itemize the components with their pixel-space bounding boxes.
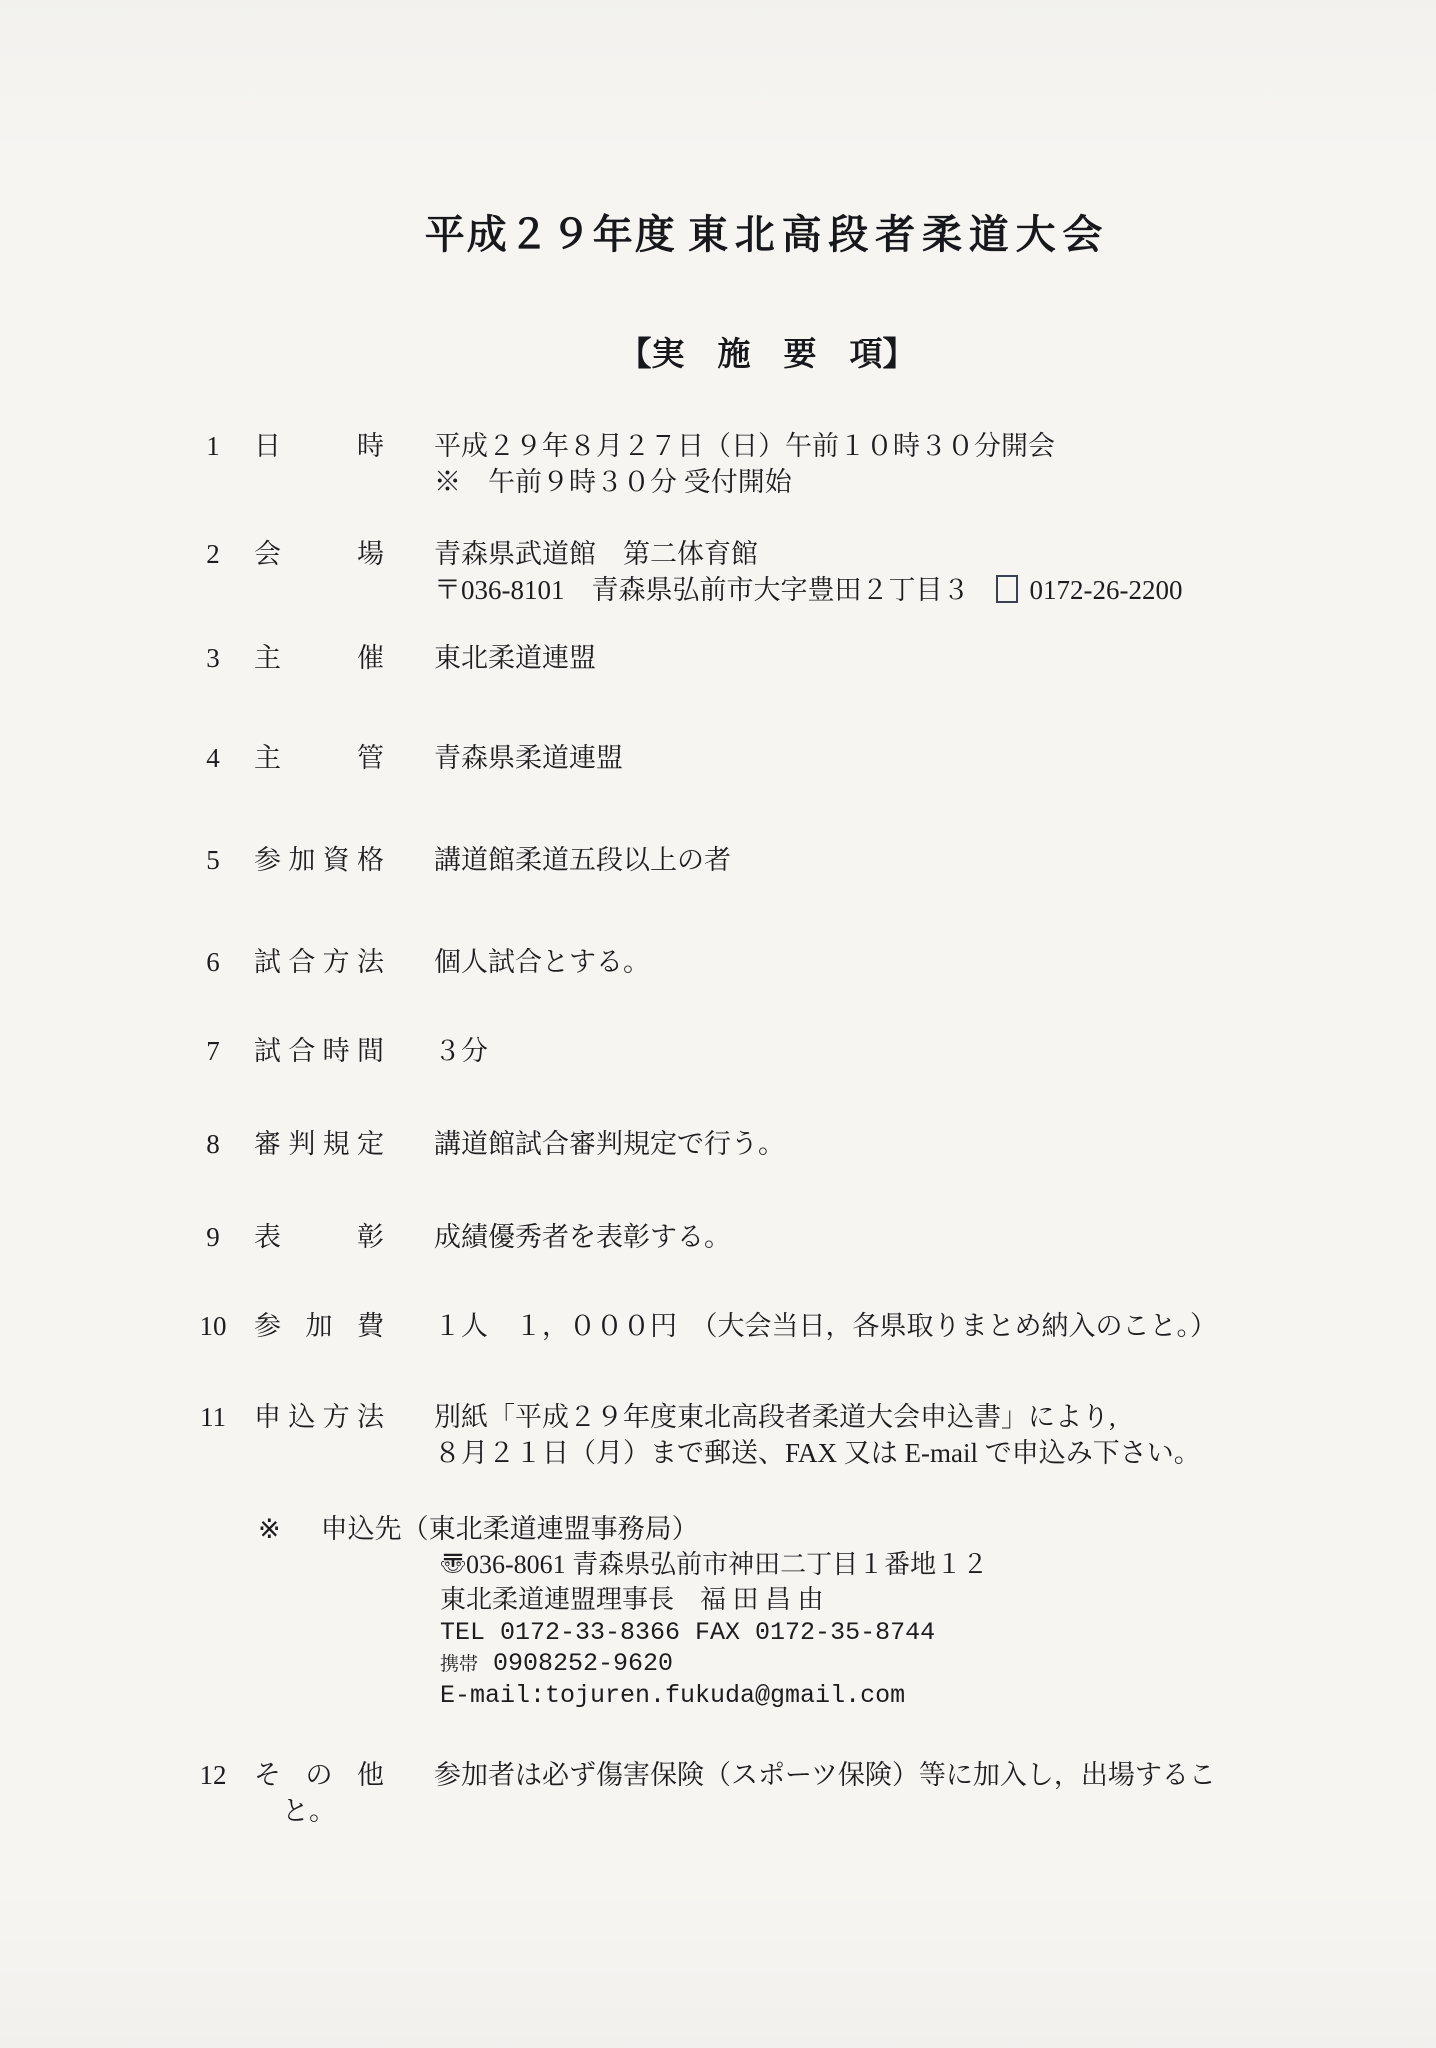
item-number: 4	[196, 740, 230, 776]
note-heading: 申込先（東北柔道連盟事務局）	[321, 1514, 699, 1544]
item-number: 9	[196, 1219, 230, 1255]
item-referee-rules: 8 審判規定 講道館試合審判規定で行う。	[0, 1126, 1436, 1162]
venue-phone: 0172-26-2200	[1030, 575, 1183, 605]
date-line: 平成２９年８月２７日（日）午前１０時３０分開会	[434, 428, 1436, 464]
item-number: 8	[196, 1126, 230, 1162]
item-label: 申込方法	[254, 1399, 384, 1435]
page-title: 平成２９年度東北高段者柔道大会	[98, 212, 1436, 258]
contact-email: E-mail:tojuren.fukuda@gmail.com	[440, 1680, 1436, 1711]
application-deadline-line: ８月２１日（月）まで郵送、FAX 又は E-mail で申込み下さい。	[434, 1435, 1436, 1471]
item-label: 主催	[254, 640, 384, 676]
item-value: 青森県武道館 第二体育館 〒036-8101 青森県弘前市大字豊田２丁目３017…	[434, 536, 1436, 608]
item-label: 主管	[254, 740, 384, 776]
item-venue: 2 会場 青森県武道館 第二体育館 〒036-8101 青森県弘前市大字豊田２丁…	[0, 536, 1436, 608]
item-label: 参加費	[254, 1308, 384, 1344]
item-value: 個人試合とする。	[434, 944, 1436, 980]
item-number: 3	[196, 640, 230, 676]
title-name: 東北高段者柔道大会	[688, 213, 1109, 257]
venue-address-line: 〒036-8101 青森県弘前市大字豊田２丁目３0172-26-2200	[434, 572, 1436, 608]
venue-address: 〒036-8101 青森県弘前市大字豊田２丁目３	[434, 575, 970, 605]
referee-rules-line: 講道館試合審判規定で行う。	[434, 1126, 1436, 1162]
item-eligibility: 5 参加資格 講道館柔道五段以上の者	[0, 842, 1436, 878]
entry-fee-line: １人 １，０００円 （大会当日，各県取りまとめ納入のこと。）	[434, 1308, 1436, 1344]
item-value: 青森県柔道連盟	[434, 740, 1436, 776]
match-time-line: ３分	[434, 1033, 1436, 1069]
item-label: 審判規定	[254, 1126, 384, 1162]
item-value: 講道館試合審判規定で行う。	[434, 1126, 1436, 1162]
item-number: 12	[196, 1757, 230, 1793]
application-destination-note: ※申込先（東北柔道連盟事務局）	[0, 1511, 1436, 1547]
contact-mobile: 携帯 0908252-9620	[440, 1648, 1436, 1680]
item-label: 表彰	[254, 1219, 384, 1255]
item-match-format: 6 試合方法 個人試合とする。	[0, 944, 1436, 980]
page-subtitle: 【実 施 要 項】	[98, 334, 1436, 374]
application-form-line: 別紙「平成２９年度東北高段者柔道大会申込書」により,	[434, 1399, 1436, 1435]
phone-glyph-box-icon	[996, 575, 1018, 603]
match-format-line: 個人試合とする。	[434, 944, 1436, 980]
venue-name-line: 青森県武道館 第二体育館	[434, 536, 1436, 572]
contact-postal-address: 〠036-8061 青森県弘前市神田二丁目１番地１２	[440, 1547, 1436, 1582]
item-number: 7	[196, 1033, 230, 1069]
title-era: 平成２９年度	[425, 213, 677, 257]
host-line: 青森県柔道連盟	[434, 740, 1436, 776]
item-other: 12 その他 参加者は必ず傷害保険（スポーツ保険）等に加入し，出場するこ と。	[0, 1757, 1436, 1829]
item-value: 講道館柔道五段以上の者	[434, 842, 1436, 878]
organizer-line: 東北柔道連盟	[434, 640, 1436, 676]
mobile-label: 携帯	[440, 1654, 478, 1675]
item-number: 6	[196, 944, 230, 980]
eligibility-line: 講道館柔道五段以上の者	[434, 842, 1436, 878]
item-label: 試合時間	[254, 1033, 384, 1069]
scanned-document-page: 平成２９年度東北高段者柔道大会 【実 施 要 項】 1 日時 平成２９年８月２７…	[0, 0, 1436, 2048]
item-label: 参加資格	[254, 842, 384, 878]
note-marker: ※	[258, 1514, 281, 1544]
item-value: 平成２９年８月２７日（日）午前１０時３０分開会 ※ 午前９時３０分 受付開始	[434, 428, 1436, 500]
outline-list: 1 日時 平成２９年８月２７日（日）午前１０時３０分開会 ※ 午前９時３０分 受…	[0, 428, 1436, 1829]
item-number: 5	[196, 842, 230, 878]
contact-tel-fax: TEL 0172-33-8366 FAX 0172-35-8744	[440, 1617, 1436, 1648]
item-value: 別紙「平成２９年度東北高段者柔道大会申込書」により, ８月２１日（月）まで郵送、…	[434, 1399, 1436, 1471]
item-number: 1	[196, 428, 230, 464]
item-label: 会場	[254, 536, 384, 572]
item-label: 試合方法	[254, 944, 384, 980]
item-value: 成績優秀者を表彰する。	[434, 1219, 1436, 1255]
item-application-method: 11 申込方法 別紙「平成２９年度東北高段者柔道大会申込書」により, ８月２１日…	[0, 1399, 1436, 1471]
item-label: 日時	[254, 428, 384, 464]
item-number: 2	[196, 536, 230, 572]
item-match-time: 7 試合時間 ３分	[0, 1033, 1436, 1069]
item-value: １人 １，０００円 （大会当日，各県取りまとめ納入のこと。）	[434, 1308, 1436, 1344]
document-header: 平成２９年度東北高段者柔道大会 【実 施 要 項】	[0, 0, 1436, 374]
item-awards: 9 表彰 成績優秀者を表彰する。	[0, 1219, 1436, 1255]
insurance-line-wrap: と。	[282, 1793, 1436, 1829]
contact-chairman: 東北柔道連盟理事長 福 田 昌 由	[440, 1582, 1436, 1617]
item-number: 11	[196, 1399, 230, 1435]
item-date-time: 1 日時 平成２９年８月２７日（日）午前１０時３０分開会 ※ 午前９時３０分 受…	[0, 428, 1436, 500]
mobile-number: 0908252-9620	[493, 1649, 673, 1678]
item-value: ３分	[434, 1033, 1436, 1069]
insurance-line: 参加者は必ず傷害保険（スポーツ保険）等に加入し，出場するこ	[434, 1757, 1436, 1793]
item-label: その他	[254, 1757, 384, 1793]
item-value: 東北柔道連盟	[434, 640, 1436, 676]
item-host: 4 主管 青森県柔道連盟	[0, 740, 1436, 776]
reception-line: ※ 午前９時３０分 受付開始	[434, 464, 1436, 500]
item-number: 10	[196, 1308, 230, 1344]
item-value: 参加者は必ず傷害保険（スポーツ保険）等に加入し，出場するこ と。	[434, 1757, 1436, 1829]
item-organizer: 3 主催 東北柔道連盟	[0, 640, 1436, 676]
item-entry-fee: 10 参加費 １人 １，０００円 （大会当日，各県取りまとめ納入のこと。）	[0, 1308, 1436, 1344]
contact-block: 〠036-8061 青森県弘前市神田二丁目１番地１２ 東北柔道連盟理事長 福 田…	[0, 1547, 1436, 1711]
awards-line: 成績優秀者を表彰する。	[434, 1219, 1436, 1255]
